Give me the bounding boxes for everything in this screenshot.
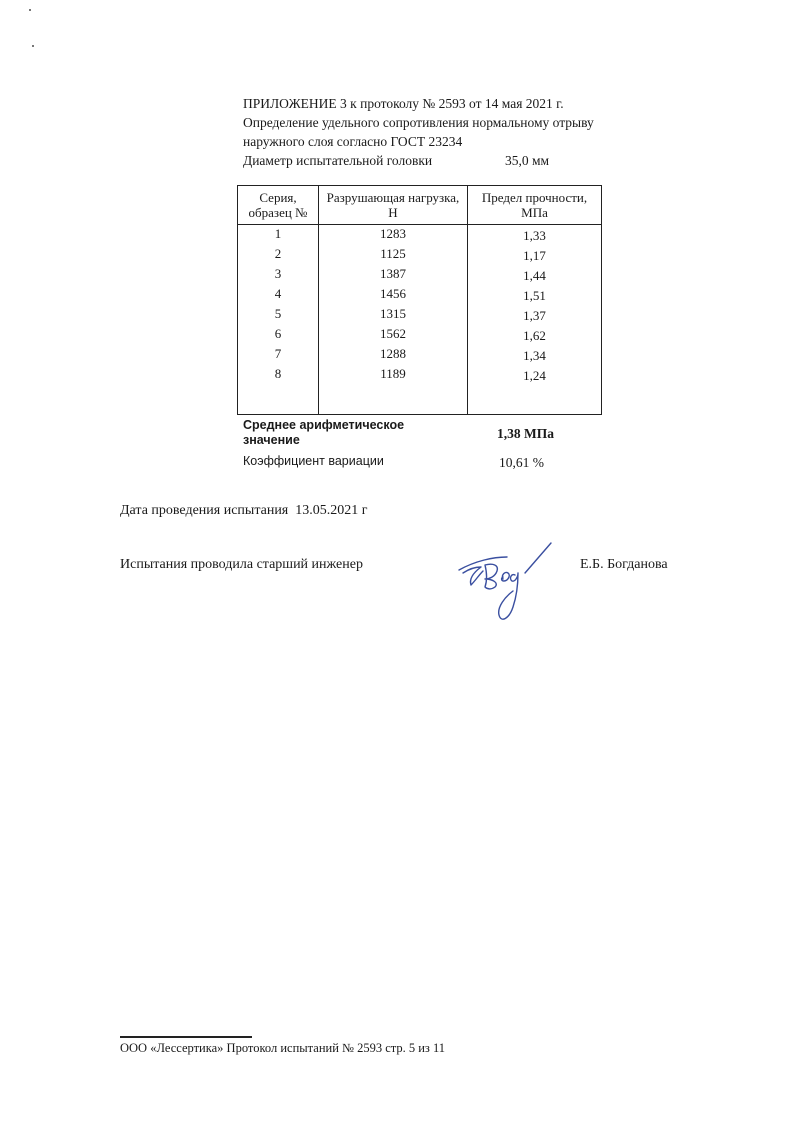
column-header-sample: Серия, образец № <box>238 186 319 225</box>
load-cell: 1125 <box>319 245 468 265</box>
results-table: Серия, образец № Разрушающая нагрузка, Н… <box>237 185 602 415</box>
signature-icon <box>445 535 575 630</box>
test-date-value: 13.05.2021 г <box>295 503 367 518</box>
scan-speck <box>32 45 34 47</box>
table-row: 811891,24 <box>238 365 602 385</box>
sample-cell: 1 <box>238 225 319 246</box>
table-empty-row <box>238 385 602 415</box>
sample-cell: 4 <box>238 285 319 305</box>
table-row: 615621,62 <box>238 325 602 345</box>
cv-label: Коэффициент вариации <box>243 454 384 468</box>
table-row: 513151,37 <box>238 305 602 325</box>
table-row: 112831,33 <box>238 225 602 246</box>
table-row: 712881,34 <box>238 345 602 365</box>
column-header-load: Разрушающая нагрузка, Н <box>319 186 468 225</box>
table-row: 313871,44 <box>238 265 602 285</box>
mean-label-line2: значение <box>243 433 404 448</box>
load-cell: 1562 <box>319 325 468 345</box>
load-cell: 1315 <box>319 305 468 325</box>
diameter-value: 35,0 мм <box>505 151 549 170</box>
column-header-strength: Предел прочности, МПа <box>468 186 602 225</box>
sample-cell: 8 <box>238 365 319 385</box>
footer-text: ООО «Лессертика» Протокол испытаний № 25… <box>120 1041 445 1056</box>
sample-cell: 5 <box>238 305 319 325</box>
sample-cell: 2 <box>238 245 319 265</box>
strength-cell: 1,17 <box>468 245 602 265</box>
strength-cell: 1,44 <box>468 265 602 285</box>
mean-value: 1,38 МПа <box>497 426 554 442</box>
tester-name: Е.Б. Богданова <box>580 557 668 573</box>
document-title-line2: наружного слоя согласно ГОСТ 23234 <box>243 132 462 151</box>
test-date-label: Дата проведения испытания 13.05.2021 г <box>120 503 368 519</box>
mean-label-line1: Среднее арифметическое <box>243 418 404 433</box>
mean-label: Среднее арифметическое значение <box>243 418 404 448</box>
table-row: 414561,51 <box>238 285 602 305</box>
document-title-line1: Определение удельного сопротивления норм… <box>243 113 594 132</box>
load-cell: 1387 <box>319 265 468 285</box>
sample-cell: 6 <box>238 325 319 345</box>
diameter-label: Диаметр испытательной головки <box>243 151 432 170</box>
tester-label: Испытания проводила старший инженер <box>120 557 363 573</box>
sample-cell: 3 <box>238 265 319 285</box>
test-date-label-text: Дата проведения испытания <box>120 503 288 518</box>
strength-cell: 1,24 <box>468 365 602 385</box>
footer-divider <box>120 1036 252 1038</box>
appendix-heading: ПРИЛОЖЕНИЕ 3 к протоколу № 2593 от 14 ма… <box>243 94 564 113</box>
strength-cell: 1,33 <box>468 225 602 246</box>
strength-cell: 1,62 <box>468 325 602 345</box>
load-cell: 1288 <box>319 345 468 365</box>
sample-cell: 7 <box>238 345 319 365</box>
strength-cell: 1,51 <box>468 285 602 305</box>
load-cell: 1189 <box>319 365 468 385</box>
table-row: 211251,17 <box>238 245 602 265</box>
load-cell: 1456 <box>319 285 468 305</box>
table-header-row: Серия, образец № Разрушающая нагрузка, Н… <box>238 186 602 225</box>
load-cell: 1283 <box>319 225 468 246</box>
strength-cell: 1,34 <box>468 345 602 365</box>
cv-value: 10,61 % <box>499 455 544 471</box>
scan-speck <box>29 9 31 11</box>
strength-cell: 1,37 <box>468 305 602 325</box>
